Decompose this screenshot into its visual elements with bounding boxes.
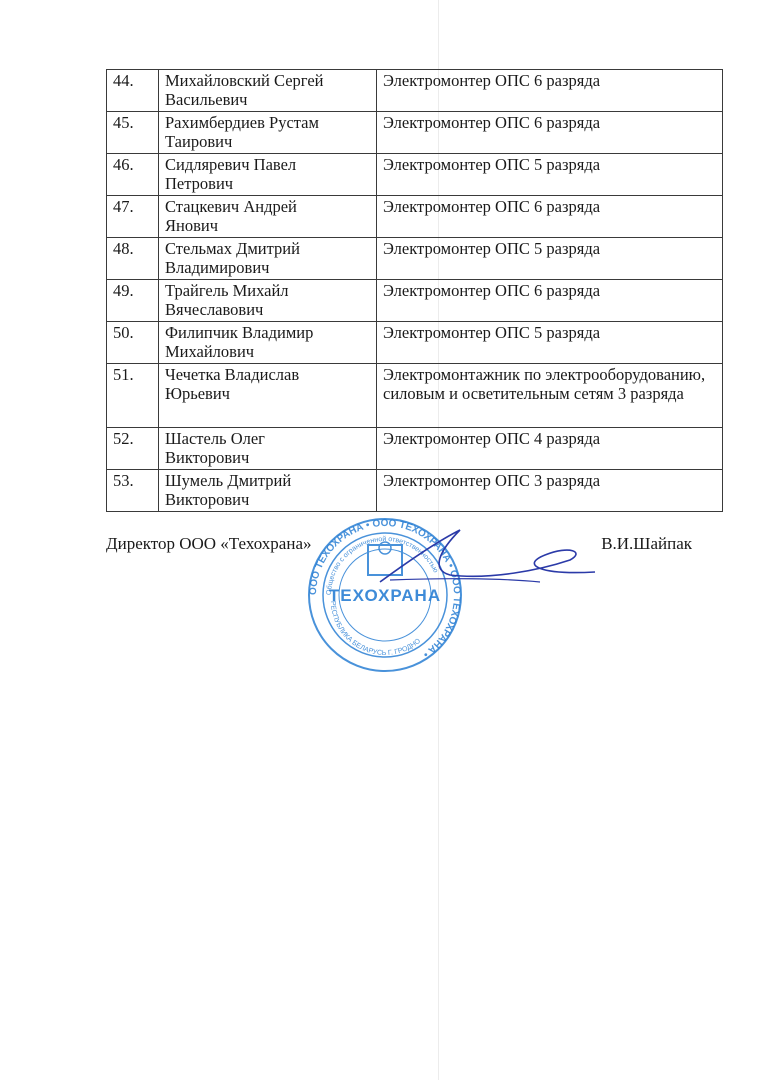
table-row: 51.Чечетка Владислав ЮрьевичЭлектромонта… — [107, 364, 723, 428]
employee-name: Шастель Олег Викторович — [159, 428, 377, 470]
employee-position: Электромонтер ОПС 6 разряда — [377, 280, 723, 322]
table-row: 52.Шастель Олег ВикторовичЭлектромонтер … — [107, 428, 723, 470]
table-row: 49.Трайгель Михайл ВячеславовичЭлектромо… — [107, 280, 723, 322]
employee-position: Электромонтер ОПС 3 разряда — [377, 470, 723, 512]
employee-name: Шумель Дмитрий Викторович — [159, 470, 377, 512]
table-row: 44.Михайловский Сергей ВасильевичЭлектро… — [107, 70, 723, 112]
employee-name: Стацкевич Андрей Янович — [159, 196, 377, 238]
signatory-title: Директор ООО «Техохрана» — [106, 534, 312, 554]
row-number: 44. — [107, 70, 159, 112]
employee-position: Электромонтер ОПС 6 разряда — [377, 196, 723, 238]
employee-position: Электромонтер ОПС 4 разряда — [377, 428, 723, 470]
employee-name: Стельмах Дмитрий Владимирович — [159, 238, 377, 280]
employee-position: Электромонтер ОПС 5 разряда — [377, 154, 723, 196]
table-row: 48.Стельмах Дмитрий ВладимировичЭлектром… — [107, 238, 723, 280]
employee-name: Михайловский Сергей Васильевич — [159, 70, 377, 112]
table-row: 50.Филипчик Владимир МихайловичЭлектромо… — [107, 322, 723, 364]
row-number: 51. — [107, 364, 159, 428]
employee-name: Чечетка Владислав Юрьевич — [159, 364, 377, 428]
signatory-name: В.И.Шайпак — [601, 534, 692, 554]
row-number: 48. — [107, 238, 159, 280]
row-number: 50. — [107, 322, 159, 364]
table-row: 47.Стацкевич Андрей ЯновичЭлектромонтер … — [107, 196, 723, 238]
row-number: 47. — [107, 196, 159, 238]
employee-name: Трайгель Михайл Вячеславович — [159, 280, 377, 322]
row-number: 46. — [107, 154, 159, 196]
row-number: 52. — [107, 428, 159, 470]
employee-name: Рахимбердиев Рустам Таирович — [159, 112, 377, 154]
employee-name: Филипчик Владимир Михайлович — [159, 322, 377, 364]
row-number: 53. — [107, 470, 159, 512]
table-row: 46.Сидляревич Павел ПетровичЭлектромонте… — [107, 154, 723, 196]
signature-scribble-icon — [370, 520, 600, 590]
employee-name: Сидляревич Павел Петрович — [159, 154, 377, 196]
row-number: 45. — [107, 112, 159, 154]
employee-position: Электромонтажник по электрооборудованию,… — [377, 364, 723, 428]
table-row: 45.Рахимбердиев Рустам ТаировичЭлектромо… — [107, 112, 723, 154]
svg-text:РЕСПУБЛИКА БЕЛАРУСЬ Г. ГРОДНО: РЕСПУБЛИКА БЕЛАРУСЬ Г. ГРОДНО — [329, 601, 422, 657]
table-row: 53.Шумель Дмитрий ВикторовичЭлектромонте… — [107, 470, 723, 512]
employee-position: Электромонтер ОПС 6 разряда — [377, 70, 723, 112]
employee-position: Электромонтер ОПС 5 разряда — [377, 238, 723, 280]
staff-table: 44.Михайловский Сергей ВасильевичЭлектро… — [106, 69, 723, 512]
row-number: 49. — [107, 280, 159, 322]
employee-position: Электромонтер ОПС 6 разряда — [377, 112, 723, 154]
employee-position: Электромонтер ОПС 5 разряда — [377, 322, 723, 364]
